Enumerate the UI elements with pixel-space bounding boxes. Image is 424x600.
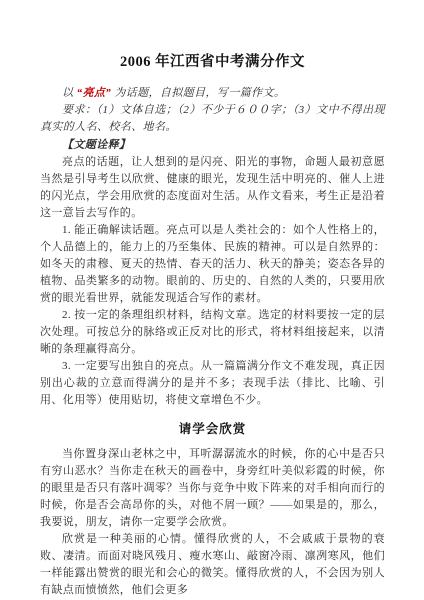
prompt-suffix: 为话题，自拟题目，写一篇作文。: [111, 87, 285, 99]
prompt-requirements: 要求：（1）文体自选；（2）不少于６００字；（3）文中不得出现真实的人名、校名、…: [40, 102, 385, 136]
essay-paragraph: 欣赏是一种美丽的心情。懂得欣赏的人，不会戚戚于景物的衰败、凄清。而面对晓风残月、…: [40, 531, 385, 599]
essay-title: 请学会欣赏: [40, 419, 385, 437]
document-page: 2006 年江西省中考满分作文 以 “亮点” 为话题，自拟题目，写一篇作文。 要…: [0, 0, 424, 600]
analysis-paragraph: 1. 能正确解读话题。亮点可以是人类社会的：如个人性格上的，个人品德上的，能力上…: [40, 222, 385, 307]
analysis-paragraph: 亮点的话题，让人想到的是闪亮、阳光的事物，命题人最初意愿当然是引导考生以欣赏、健…: [40, 154, 385, 222]
section-label: 【文题诠释】: [40, 136, 385, 154]
prompt-line: 以 “亮点” 为话题，自拟题目，写一篇作文。: [40, 85, 385, 102]
prompt-prefix: 以: [62, 87, 77, 99]
analysis-paragraph: 3. 一定要写出独自的亮点。从一篇篇满分作文不难发现，真正因别出心裁的立意而得满…: [40, 358, 385, 409]
essay-body: 当你置身深山老林之中，耳听潺潺流水的时候，你的心中是否只有穷山恶水？当你走在秋天…: [40, 446, 385, 599]
analysis-section: 亮点的话题，让人想到的是闪亮、阳光的事物，命题人最初意愿当然是引导考生以欣赏、健…: [40, 154, 385, 409]
document-title: 2006 年江西省中考满分作文: [40, 50, 385, 71]
prompt-block: 以 “亮点” 为话题，自拟题目，写一篇作文。 要求：（1）文体自选；（2）不少于…: [40, 85, 385, 136]
essay-paragraph: 当你置身深山老林之中，耳听潺潺流水的时候，你的心中是否只有穷山恶水？当你走在秋天…: [40, 446, 385, 531]
prompt-topic-highlight: “亮点”: [77, 87, 112, 99]
analysis-paragraph: 2. 按一定的条理组织材料，结构文章。选定的材料要按一定的层次处理。可按总分的脉…: [40, 307, 385, 358]
